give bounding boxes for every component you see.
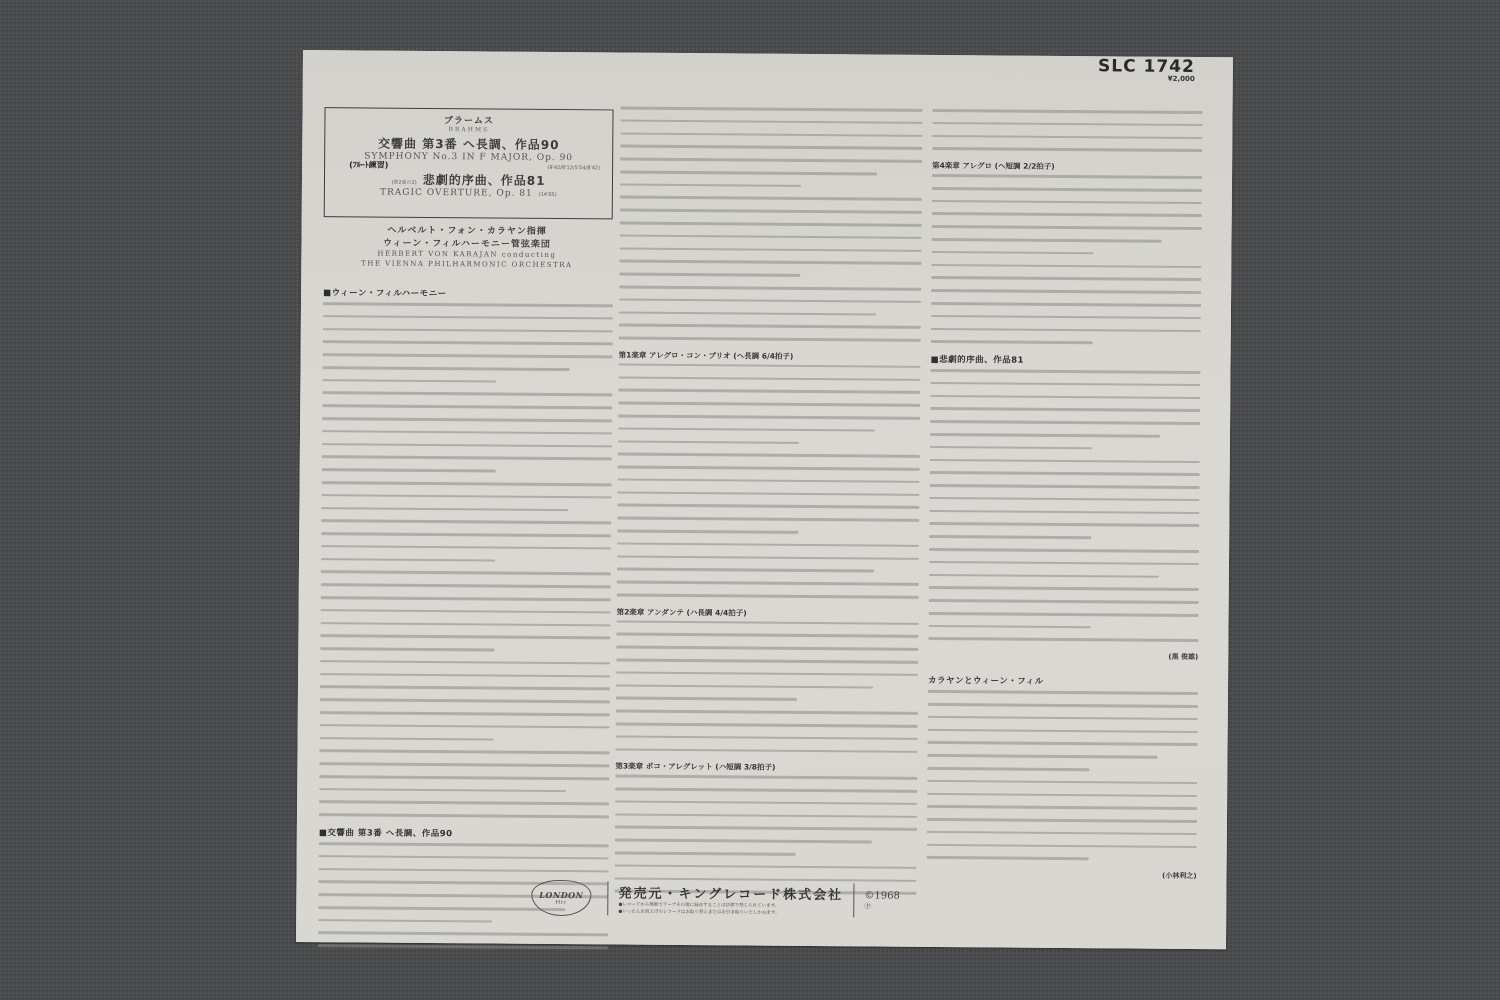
text-line	[928, 637, 1198, 642]
text-line	[617, 555, 919, 560]
work2-en: TRAGIC OVERTURE, Op. 81	[380, 188, 533, 199]
body-text	[619, 106, 923, 341]
composer-en: BRAHMS	[325, 125, 612, 134]
text-line	[616, 722, 918, 727]
text-line	[930, 471, 1200, 476]
text-line	[322, 481, 612, 486]
heading-tragic: ■悲劇的序曲、作品81	[931, 353, 1201, 369]
text-line	[615, 839, 872, 844]
text-line	[928, 703, 1198, 708]
text-line	[320, 686, 610, 691]
text-line	[321, 583, 611, 588]
text-line	[617, 529, 798, 533]
text-line	[932, 122, 1202, 127]
text-line	[619, 324, 921, 329]
body-text	[931, 174, 1202, 345]
text-line	[619, 260, 921, 265]
text-line	[322, 366, 569, 371]
catalog-number: SLC 1742	[1098, 56, 1195, 77]
text-line	[620, 196, 922, 201]
text-line	[318, 906, 565, 911]
heading-symphony3: ■交響曲 第3番 ヘ長調、作品90	[319, 826, 609, 842]
text-line	[927, 754, 1157, 758]
text-line	[617, 581, 919, 586]
body-text	[617, 363, 921, 598]
text-line	[322, 417, 612, 422]
text-line	[620, 209, 922, 214]
text-line	[616, 684, 873, 689]
text-line	[616, 646, 918, 651]
text-line	[929, 561, 1199, 566]
text-line	[319, 801, 609, 806]
london-ffrr-logo-icon: LONDON ffrr	[531, 880, 591, 916]
text-line	[318, 944, 608, 949]
publisher-name: 発売元・キングレコード株式会社	[619, 882, 844, 903]
text-line	[321, 507, 568, 512]
column-right: SLC 1742 ¥2,000 第4楽章 アレグロ (ヘ短調 2/2拍子) ■悲…	[933, 55, 1223, 57]
text-line	[618, 453, 920, 458]
text-line	[319, 842, 609, 847]
text-line	[618, 440, 799, 444]
section-vienna-phil: ■ウィーン・フィルハーモニー	[319, 286, 613, 828]
work2-ja: 悲劇的序曲、作品81	[423, 171, 546, 189]
text-line	[322, 443, 612, 448]
text-line	[620, 183, 801, 187]
text-line	[322, 456, 612, 461]
text-line	[927, 831, 1197, 836]
text-line	[616, 671, 918, 676]
text-line	[615, 775, 917, 780]
text-line	[616, 697, 797, 701]
text-line	[615, 864, 917, 869]
text-line	[618, 376, 920, 381]
signature-2: (小林利之)	[927, 869, 1197, 881]
column-middle: 第1楽章 アレグロ・コン・ブリオ (ヘ長調 6/4拍子) 第2楽章 アンダンテ …	[614, 104, 922, 904]
text-line	[930, 382, 1200, 387]
text-line	[932, 225, 1202, 230]
text-line	[619, 337, 921, 342]
text-line	[321, 532, 611, 537]
text-line	[620, 222, 922, 227]
footer: LONDON ffrr 発売元・キングレコード株式会社 ●レコードから無断でテー…	[531, 877, 951, 922]
text-line	[620, 170, 877, 175]
heading-mov2: 第2楽章 アンダンテ (ハ長調 4/4拍子)	[617, 606, 919, 620]
text-line	[319, 775, 609, 780]
body-text	[927, 690, 1198, 861]
text-line	[932, 212, 1202, 217]
text-line	[927, 844, 1197, 849]
text-line	[616, 735, 918, 740]
text-line	[927, 856, 1089, 860]
text-line	[320, 673, 610, 678]
text-line	[618, 491, 920, 496]
body-text	[932, 109, 1202, 152]
text-line	[615, 788, 917, 793]
text-line	[319, 762, 609, 767]
text-line	[928, 729, 1198, 734]
text-line	[932, 200, 1202, 205]
signature-1: (黒 俊雄)	[928, 650, 1198, 662]
text-line	[321, 519, 611, 524]
text-line	[930, 369, 1200, 374]
text-line	[928, 741, 1198, 746]
text-line	[320, 698, 610, 703]
text-line	[932, 174, 1202, 179]
text-line	[932, 187, 1202, 192]
body-text	[616, 620, 919, 753]
body-text	[614, 775, 917, 895]
text-line	[620, 158, 922, 163]
text-line	[620, 234, 922, 239]
text-line	[616, 710, 918, 715]
text-line	[319, 855, 609, 860]
text-line	[320, 622, 610, 627]
text-line	[931, 315, 1201, 320]
text-line	[318, 919, 492, 923]
title-box: ブラームス BRAHMS 交響曲 第3番 ヘ長調、作品90 SYMPHONY N…	[324, 107, 614, 219]
text-line	[617, 504, 919, 509]
text-line	[929, 535, 1091, 539]
work1-timings: (9'42/8'12/5'54/8'42)	[547, 165, 600, 171]
text-line	[619, 363, 921, 368]
text-line	[931, 264, 1201, 269]
text-line	[321, 571, 611, 576]
text-line	[927, 767, 1089, 771]
text-line	[930, 446, 1092, 450]
text-line	[617, 620, 919, 625]
text-line	[619, 298, 921, 303]
text-line	[930, 484, 1200, 489]
text-line	[319, 749, 609, 754]
text-line	[319, 868, 609, 873]
text-line	[931, 340, 1093, 344]
text-line	[320, 647, 494, 651]
work1-en: SYMPHONY No.3 IN F MAJOR, Op. 90	[364, 151, 573, 163]
text-line	[320, 724, 610, 729]
text-line	[617, 568, 874, 573]
text-line	[618, 466, 920, 471]
text-line	[929, 599, 1199, 604]
heading-mov4: 第4楽章 アレグロ (ヘ短調 2/2拍子)	[932, 160, 1202, 174]
text-line	[927, 780, 1197, 785]
text-line	[931, 327, 1201, 332]
text-line	[620, 132, 922, 137]
text-line	[929, 510, 1199, 515]
text-line	[322, 468, 496, 472]
work2-side: (第2面の2)	[391, 179, 416, 186]
text-line	[322, 404, 612, 409]
text-line	[930, 407, 1200, 412]
text-line	[321, 596, 611, 601]
text-line	[321, 545, 611, 550]
text-line	[619, 273, 800, 277]
text-line	[931, 251, 1093, 255]
performer-credits: ヘルベルト・フォン・カラヤン指揮 ウィーン・フィルハーモニー管弦楽団 HERBE…	[323, 218, 610, 270]
text-line	[322, 430, 612, 435]
text-line	[619, 285, 921, 290]
text-line	[932, 135, 1202, 140]
text-line	[322, 379, 496, 383]
text-line	[932, 147, 1202, 152]
phonogram-icon: Ⓟ	[864, 901, 900, 911]
text-line	[320, 634, 610, 639]
copyright-block: ©1968 Ⓟ	[854, 890, 900, 911]
text-line	[929, 586, 1199, 591]
text-line	[927, 792, 1197, 797]
text-line	[616, 659, 918, 664]
text-line	[929, 612, 1199, 617]
text-line	[930, 420, 1200, 425]
body-text	[319, 302, 613, 818]
text-line	[618, 389, 920, 394]
text-line	[322, 392, 612, 397]
text-line	[323, 328, 613, 333]
text-line	[927, 818, 1197, 823]
text-line	[323, 341, 613, 346]
heading-vienna-phil: ■ウィーン・フィルハーモニー	[323, 286, 613, 302]
text-line	[617, 542, 919, 547]
text-line	[615, 813, 917, 818]
text-line	[321, 609, 611, 614]
text-line	[321, 558, 495, 562]
text-line	[621, 106, 923, 111]
orchestra-en: THE VIENNA PHILHARMONIC ORCHESTRA	[323, 258, 610, 270]
text-line	[619, 311, 876, 316]
text-line	[615, 851, 796, 855]
text-line	[618, 402, 920, 407]
heading-mov3: 第3楽章 ポコ・アレグレット (ハ短調 3/8拍子)	[615, 761, 917, 775]
text-line	[617, 593, 919, 598]
text-line	[928, 690, 1198, 695]
text-line	[932, 238, 1162, 242]
text-line	[931, 302, 1201, 307]
text-line	[319, 813, 609, 818]
text-line	[930, 395, 1200, 400]
text-line	[618, 478, 920, 483]
text-line	[930, 458, 1200, 463]
heading-karajan-vienna: カラヤンとウィーン・フィル	[928, 674, 1198, 690]
text-line	[320, 660, 610, 665]
text-line	[616, 633, 918, 638]
text-line	[323, 302, 613, 307]
text-line	[929, 573, 1159, 577]
text-line	[615, 800, 917, 805]
text-line	[933, 109, 1203, 114]
text-line	[617, 517, 919, 522]
body-text	[928, 369, 1200, 642]
text-line	[321, 494, 611, 499]
text-line	[928, 625, 1090, 629]
liner-notes-sheet: ブラームス BRAHMS 交響曲 第3番 ヘ長調、作品90 SYMPHONY N…	[296, 50, 1233, 949]
text-line	[930, 433, 1160, 437]
text-line	[320, 737, 494, 741]
text-line	[620, 145, 922, 150]
text-line	[323, 315, 613, 320]
text-line	[616, 748, 918, 753]
text-line	[929, 497, 1199, 502]
text-line	[319, 788, 566, 793]
text-line	[618, 427, 875, 432]
legal-note-2: ●いったんお買上げのレコードはお取り替えまたはお引き取りいたしかねます。	[618, 908, 843, 917]
text-line	[929, 548, 1199, 553]
text-line	[318, 932, 608, 937]
text-line	[320, 711, 610, 716]
text-line	[931, 289, 1201, 294]
text-line	[323, 353, 613, 358]
text-line	[620, 119, 922, 124]
work2-timing: (14'05)	[539, 192, 557, 198]
column-left: ブラームス BRAHMS 交響曲 第3番 ヘ長調、作品90 SYMPHONY N…	[313, 50, 613, 52]
copyright: ©1968	[864, 890, 900, 901]
heading-mov1: 第1楽章 アレグロ・コン・ブリオ (ヘ長調 6/4拍子)	[619, 349, 921, 363]
publisher-block: 発売元・キングレコード株式会社 ●レコードから無断でテープその他に録音することは…	[608, 882, 853, 917]
text-line	[927, 805, 1197, 810]
text-line	[928, 716, 1198, 721]
text-line	[619, 247, 921, 252]
text-line	[931, 276, 1201, 281]
text-line	[929, 522, 1199, 527]
text-line	[618, 414, 920, 419]
text-line	[615, 826, 917, 831]
catalog-block: SLC 1742 ¥2,000	[1098, 56, 1195, 83]
